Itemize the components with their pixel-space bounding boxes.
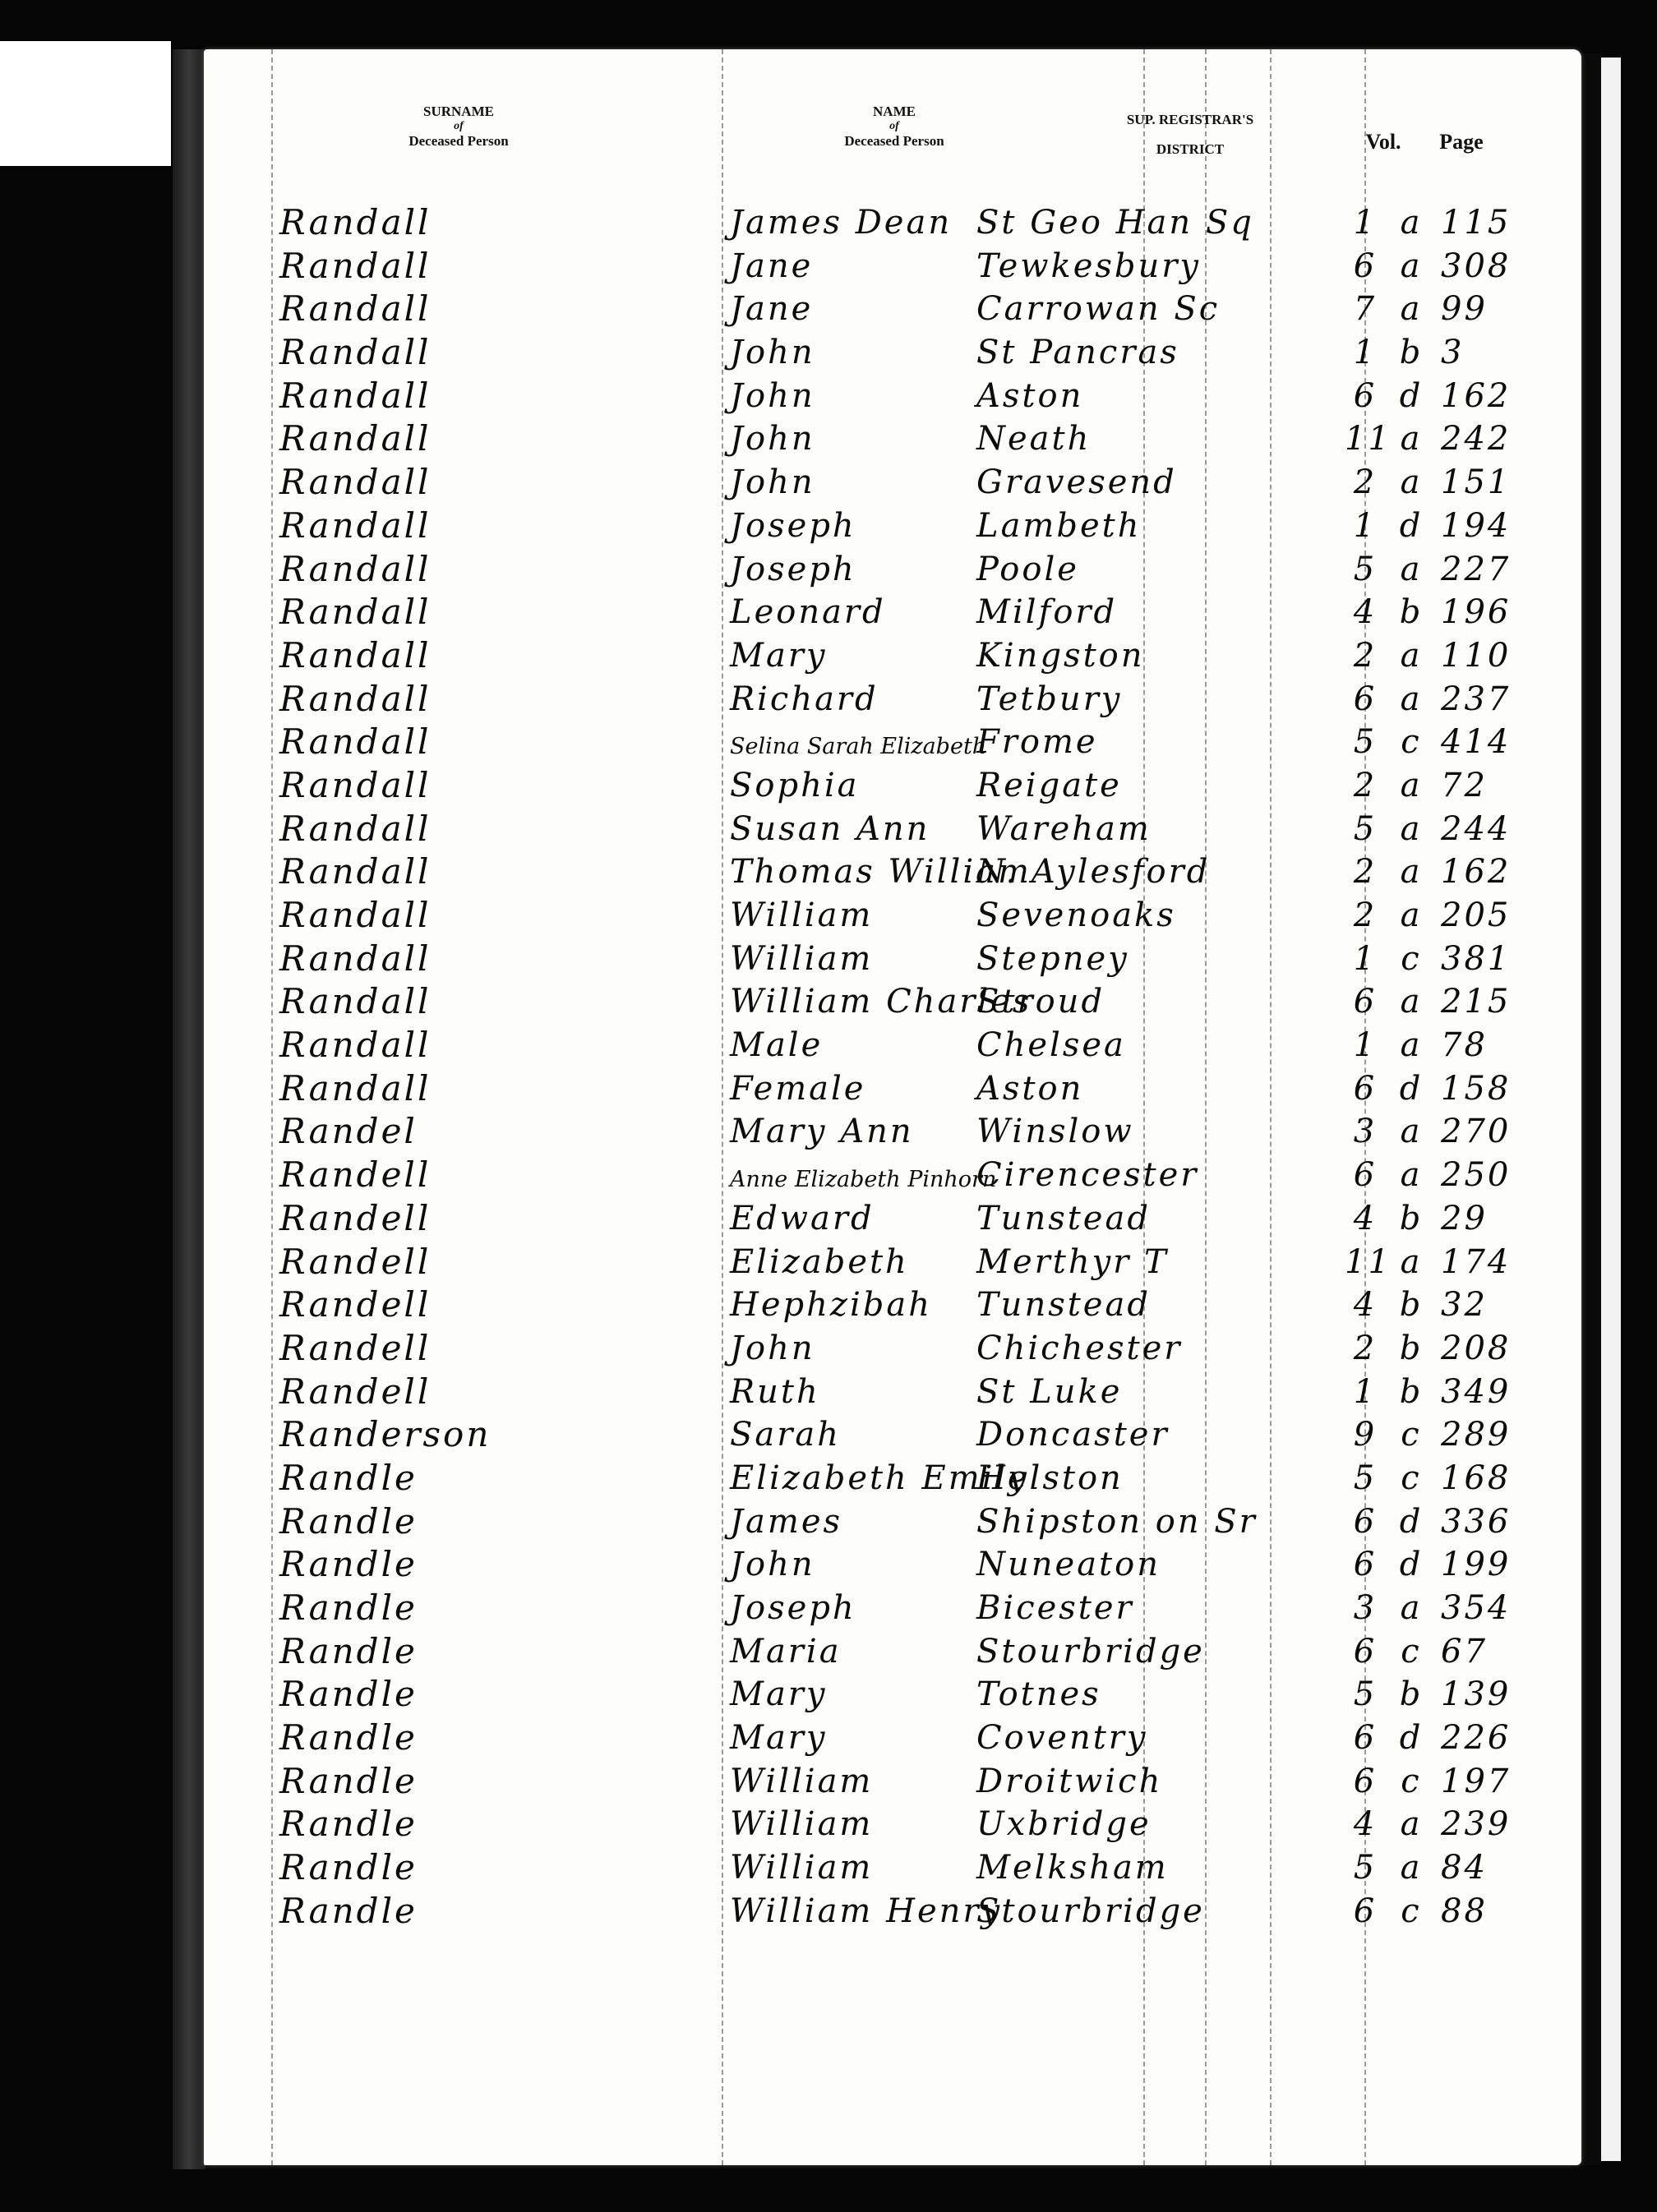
volume-cell: 11	[1345, 417, 1386, 460]
page-cell: 84	[1441, 1846, 1539, 1889]
volume-sub-cell: a	[1391, 1024, 1432, 1067]
district-cell: Neath	[976, 417, 1363, 460]
district-cell: Uxbridge	[976, 1803, 1363, 1846]
volume-sub-cell: b	[1391, 331, 1432, 374]
page-cell: 196	[1441, 591, 1539, 634]
volume-cell: 6	[1345, 1154, 1386, 1196]
district-cell: Frome	[976, 721, 1363, 763]
surname-cell: Randle	[279, 1717, 690, 1759]
page-edge-shadow	[1581, 53, 1601, 2165]
surname-cell: Randall	[279, 548, 690, 591]
district-cell: Stroud	[976, 980, 1363, 1023]
volume-sub-cell: b	[1391, 1673, 1432, 1716]
surname-cell: Randall	[279, 1067, 690, 1110]
page-cell: 205	[1441, 894, 1539, 937]
header-district-line1: SUP. REGISTRAR'S	[1042, 112, 1338, 128]
volume-sub-cell: b	[1391, 1197, 1432, 1240]
volume-cell: 6	[1345, 1630, 1386, 1673]
register-row: Randall Thomas William N. Aylesford 2 a …	[204, 850, 1581, 894]
register-row: Randell Edward Tunstead 4 b 29	[204, 1197, 1581, 1241]
page-cell: 197	[1441, 1760, 1539, 1803]
volume-cell: 1	[1345, 938, 1386, 980]
volume-sub-cell: a	[1391, 894, 1432, 937]
volume-cell: 6	[1345, 678, 1386, 721]
page-cell: 242	[1441, 417, 1539, 460]
volume-cell: 1	[1345, 201, 1386, 244]
register-row: Randle Mary Coventry 6 d 226	[204, 1717, 1581, 1760]
page-cell: 162	[1441, 850, 1539, 893]
page-cell: 151	[1441, 461, 1539, 504]
surname-cell: Randle	[279, 1500, 690, 1543]
header-vol: Vol.	[1346, 130, 1420, 154]
district-cell: Sevenoaks	[976, 894, 1363, 937]
volume-sub-cell: d	[1391, 1543, 1432, 1586]
surname-cell: Randall	[279, 678, 690, 721]
district-cell: Coventry	[976, 1717, 1363, 1759]
volume-cell: 6	[1345, 1543, 1386, 1586]
register-row: Randall John St Pancras 1 b 3	[204, 331, 1581, 375]
district-cell: N. Aylesford	[976, 850, 1363, 893]
register-row: Randle Maria Stourbridge 6 c 67	[204, 1630, 1581, 1674]
register-row: Randerson Sarah Doncaster 9 c 289	[204, 1413, 1581, 1457]
surname-cell: Randall	[279, 331, 690, 374]
page-cell: 414	[1441, 721, 1539, 763]
blank-label-card	[0, 41, 171, 166]
register-row: Randall William Charles Stroud 6 a 215	[204, 980, 1581, 1024]
volume-sub-cell: a	[1391, 548, 1432, 591]
surname-cell: Randle	[279, 1587, 690, 1629]
register-row: Randle William Droitwich 6 c 197	[204, 1760, 1581, 1804]
page-cell: 270	[1441, 1110, 1539, 1153]
register-row: Randell Elizabeth Merthyr T 11 a 174	[204, 1241, 1581, 1284]
volume-sub-cell: d	[1391, 505, 1432, 547]
volume-sub-cell: c	[1391, 721, 1432, 763]
register-row: Randall Joseph Poole 5 a 227	[204, 548, 1581, 592]
header-surname-line2: of	[335, 120, 582, 133]
surname-cell: Randall	[279, 201, 690, 244]
district-cell: Tunstead	[976, 1197, 1363, 1240]
register-entries: Randall James Dean St Geo Han Sq 1 a 115…	[204, 201, 1581, 1933]
register-row: Randall William Stepney 1 c 381	[204, 938, 1581, 981]
district-cell: Carrowan Sc	[976, 288, 1363, 330]
volume-sub-cell: b	[1391, 591, 1432, 634]
surname-cell: Randall	[279, 808, 690, 850]
page-cell: 162	[1441, 375, 1539, 417]
volume-sub-cell: a	[1391, 850, 1432, 893]
surname-cell: Randle	[279, 1760, 690, 1803]
page-cell: 336	[1441, 1500, 1539, 1543]
volume-cell: 2	[1345, 461, 1386, 504]
page-cell: 32	[1441, 1283, 1539, 1326]
volume-sub-cell: a	[1391, 1154, 1432, 1196]
volume-sub-cell: a	[1391, 201, 1432, 244]
page-cell: 194	[1441, 505, 1539, 547]
district-cell: Helston	[976, 1457, 1363, 1500]
district-cell: Winslow	[976, 1110, 1363, 1153]
volume-sub-cell: d	[1391, 375, 1432, 417]
surname-cell: Randall	[279, 375, 690, 417]
volume-cell: 2	[1345, 764, 1386, 807]
district-cell: Nuneaton	[976, 1543, 1363, 1586]
surname-cell: Randall	[279, 417, 690, 460]
volume-cell: 4	[1345, 1283, 1386, 1326]
volume-sub-cell: c	[1391, 1457, 1432, 1500]
page-cell: 239	[1441, 1803, 1539, 1846]
page-cell: 308	[1441, 245, 1539, 288]
header-name-line3: Deceased Person	[763, 133, 1026, 150]
volume-sub-cell: a	[1391, 1241, 1432, 1283]
page-cell: 237	[1441, 678, 1539, 721]
surname-cell: Randle	[279, 1803, 690, 1846]
register-row: Randall Susan Ann Wareham 5 a 244	[204, 808, 1581, 851]
register-row: Randall Sophia Reigate 2 a 72	[204, 764, 1581, 808]
volume-cell: 5	[1345, 721, 1386, 763]
volume-sub-cell: a	[1391, 678, 1432, 721]
register-row: Randall Joseph Lambeth 1 d 194	[204, 505, 1581, 548]
volume-cell: 5	[1345, 1673, 1386, 1716]
district-cell: Bicester	[976, 1587, 1363, 1629]
register-row: Randle Elizabeth Emily Helston 5 c 168	[204, 1457, 1581, 1500]
volume-cell: 6	[1345, 245, 1386, 288]
district-cell: Shipston on Sr	[976, 1500, 1363, 1543]
surname-cell: Randell	[279, 1327, 690, 1370]
surname-cell: Randall	[279, 245, 690, 288]
volume-sub-cell: b	[1391, 1327, 1432, 1370]
header-surname-line1: SURNAME	[335, 104, 582, 120]
volume-sub-cell: a	[1391, 1803, 1432, 1846]
district-cell: Totnes	[976, 1673, 1363, 1716]
register-row: Randle Joseph Bicester 3 a 354	[204, 1587, 1581, 1630]
page-cell: 88	[1441, 1890, 1539, 1933]
volume-cell: 6	[1345, 1717, 1386, 1759]
volume-sub-cell: a	[1391, 980, 1432, 1023]
page-cell: 349	[1441, 1371, 1539, 1413]
surname-cell: Randell	[279, 1241, 690, 1283]
district-cell: Stourbridge	[976, 1890, 1363, 1933]
district-cell: Reigate	[976, 764, 1363, 807]
district-cell: Stepney	[976, 938, 1363, 980]
surname-cell: Randall	[279, 461, 690, 504]
register-row: Randle Mary Totnes 5 b 139	[204, 1673, 1581, 1717]
volume-sub-cell: a	[1391, 288, 1432, 330]
volume-cell: 3	[1345, 1110, 1386, 1153]
volume-cell: 3	[1345, 1587, 1386, 1629]
surname-cell: Randall	[279, 721, 690, 763]
volume-cell: 2	[1345, 1327, 1386, 1370]
volume-cell: 2	[1345, 894, 1386, 937]
register-row: Randell Anne Elizabeth Pinhorn Cirencest…	[204, 1154, 1581, 1197]
volume-sub-cell: b	[1391, 1371, 1432, 1413]
surname-cell: Randall	[279, 634, 690, 677]
district-cell: Poole	[976, 548, 1363, 591]
register-row: Randall Male Chelsea 1 a 78	[204, 1024, 1581, 1067]
surname-cell: Randall	[279, 938, 690, 980]
book-spine	[173, 49, 205, 2169]
district-cell: Merthyr T	[976, 1241, 1363, 1283]
district-cell: Doncaster	[976, 1413, 1363, 1456]
volume-cell: 2	[1345, 634, 1386, 677]
district-cell: Cirencester	[976, 1154, 1363, 1196]
page-cell: 139	[1441, 1673, 1539, 1716]
volume-cell: 11	[1345, 1241, 1386, 1283]
volume-cell: 5	[1345, 1846, 1386, 1889]
district-cell: Chichester	[976, 1327, 1363, 1370]
header-district-line2: DISTRICT	[1042, 141, 1338, 158]
header-surname: SURNAME of Deceased Person	[335, 104, 582, 149]
page-cell: 354	[1441, 1587, 1539, 1629]
volume-cell: 6	[1345, 375, 1386, 417]
page-cell: 208	[1441, 1327, 1539, 1370]
volume-cell: 4	[1345, 591, 1386, 634]
district-cell: Melksham	[976, 1846, 1363, 1889]
district-cell: Chelsea	[976, 1024, 1363, 1067]
district-cell: Tunstead	[976, 1283, 1363, 1326]
district-cell: Tewkesbury	[976, 245, 1363, 288]
register-row: Randell John Chichester 2 b 208	[204, 1327, 1581, 1371]
volume-sub-cell: c	[1391, 1413, 1432, 1456]
register-row: Randall Selina Sarah Elizabeth Frome 5 c…	[204, 721, 1581, 764]
surname-cell: Randle	[279, 1457, 690, 1500]
surname-cell: Randall	[279, 288, 690, 330]
volume-cell: 1	[1345, 1371, 1386, 1413]
surname-cell: Randle	[279, 1543, 690, 1586]
register-row: Randle William Melksham 5 a 84	[204, 1846, 1581, 1890]
district-cell: Milford	[976, 591, 1363, 634]
surname-cell: Randell	[279, 1197, 690, 1240]
header-name-line1: NAME	[763, 104, 1026, 120]
district-cell: Wareham	[976, 808, 1363, 850]
surname-cell: Randell	[279, 1283, 690, 1326]
volume-cell: 6	[1345, 1760, 1386, 1803]
register-row: Randle John Nuneaton 6 d 199	[204, 1543, 1581, 1587]
surname-cell: Randle	[279, 1890, 690, 1933]
volume-cell: 1	[1345, 1024, 1386, 1067]
surname-cell: Randall	[279, 980, 690, 1023]
page-cell: 78	[1441, 1024, 1539, 1067]
volume-sub-cell: c	[1391, 1760, 1432, 1803]
volume-cell: 6	[1345, 1500, 1386, 1543]
volume-cell: 9	[1345, 1413, 1386, 1456]
surname-cell: Randle	[279, 1630, 690, 1673]
page-cell: 244	[1441, 808, 1539, 850]
page-cell: 158	[1441, 1067, 1539, 1110]
district-cell: Aston	[976, 375, 1363, 417]
surname-cell: Randell	[279, 1154, 690, 1196]
page-cell: 215	[1441, 980, 1539, 1023]
page-cell: 250	[1441, 1154, 1539, 1196]
header-surname-line3: Deceased Person	[335, 133, 582, 150]
volume-cell: 6	[1345, 1890, 1386, 1933]
volume-cell: 2	[1345, 850, 1386, 893]
volume-sub-cell: a	[1391, 808, 1432, 850]
page-cell: 168	[1441, 1457, 1539, 1500]
district-cell: Aston	[976, 1067, 1363, 1110]
header-name-line2: of	[763, 120, 1026, 133]
page-cell: 115	[1441, 201, 1539, 244]
register-row: Randall Jane Carrowan Sc 7 a 99	[204, 288, 1581, 331]
volume-sub-cell: c	[1391, 938, 1432, 980]
register-row: Randall Richard Tetbury 6 a 237	[204, 678, 1581, 721]
register-row: Randall John Gravesend 2 a 151	[204, 461, 1581, 505]
volume-sub-cell: d	[1391, 1717, 1432, 1759]
register-row: Randell Hephzibah Tunstead 4 b 32	[204, 1283, 1581, 1327]
header-district: SUP. REGISTRAR'S DISTRICT	[1042, 112, 1338, 157]
volume-sub-cell: a	[1391, 634, 1432, 677]
volume-sub-cell: b	[1391, 1283, 1432, 1326]
surname-cell: Randel	[279, 1110, 690, 1153]
column-headers: SURNAME of Deceased Person NAME of Decea…	[204, 79, 1581, 177]
register-row: Randle William Henry Stourbridge 6 c 88	[204, 1890, 1581, 1933]
volume-sub-cell: a	[1391, 245, 1432, 288]
surname-cell: Randall	[279, 505, 690, 547]
surname-cell: Randall	[279, 894, 690, 937]
volume-cell: 4	[1345, 1803, 1386, 1846]
header-page: Page	[1420, 130, 1502, 154]
district-cell: Lambeth	[976, 505, 1363, 547]
page-cell: 174	[1441, 1241, 1539, 1283]
page-cell: 289	[1441, 1413, 1539, 1456]
page-cell: 227	[1441, 548, 1539, 591]
page-cell: 110	[1441, 634, 1539, 677]
page-cell: 226	[1441, 1717, 1539, 1759]
page-edge	[1601, 58, 1621, 2161]
register-row: Randel Mary Ann Winslow 3 a 270	[204, 1110, 1581, 1154]
page-cell: 3	[1441, 331, 1539, 374]
volume-cell: 1	[1345, 505, 1386, 547]
volume-sub-cell: d	[1391, 1500, 1432, 1543]
surname-cell: Randle	[279, 1846, 690, 1889]
surname-cell: Randall	[279, 591, 690, 634]
register-row: Randell Ruth St Luke 1 b 349	[204, 1371, 1581, 1414]
volume-sub-cell: a	[1391, 1846, 1432, 1889]
surname-cell: Randall	[279, 850, 690, 893]
volume-sub-cell: d	[1391, 1067, 1432, 1110]
page-cell: 199	[1441, 1543, 1539, 1586]
page-cell: 67	[1441, 1630, 1539, 1673]
surname-cell: Randell	[279, 1371, 690, 1413]
volume-cell: 5	[1345, 548, 1386, 591]
page-cell: 99	[1441, 288, 1539, 330]
district-cell: St Geo Han Sq	[976, 201, 1363, 244]
page-cell: 381	[1441, 938, 1539, 980]
register-row: Randall Mary Kingston 2 a 110	[204, 634, 1581, 678]
surname-cell: Randall	[279, 1024, 690, 1067]
register-row: Randall Jane Tewkesbury 6 a 308	[204, 245, 1581, 288]
register-row: Randall William Sevenoaks 2 a 205	[204, 894, 1581, 938]
volume-sub-cell: c	[1391, 1890, 1432, 1933]
volume-cell: 1	[1345, 331, 1386, 374]
volume-cell: 5	[1345, 1457, 1386, 1500]
volume-cell: 4	[1345, 1197, 1386, 1240]
register-row: Randall John Neath 11 a 242	[204, 417, 1581, 461]
surname-cell: Randerson	[279, 1413, 690, 1456]
surname-cell: Randall	[279, 764, 690, 807]
district-cell: Gravesend	[976, 461, 1363, 504]
volume-sub-cell: a	[1391, 1110, 1432, 1153]
volume-cell: 6	[1345, 1067, 1386, 1110]
register-row: Randall John Aston 6 d 162	[204, 375, 1581, 418]
district-cell: St Luke	[976, 1371, 1363, 1413]
district-cell: Kingston	[976, 634, 1363, 677]
volume-sub-cell: a	[1391, 764, 1432, 807]
volume-sub-cell: a	[1391, 417, 1432, 460]
volume-cell: 7	[1345, 288, 1386, 330]
volume-cell: 5	[1345, 808, 1386, 850]
volume-cell: 6	[1345, 980, 1386, 1023]
surname-cell: Randle	[279, 1673, 690, 1716]
register-row: Randle James Shipston on Sr 6 d 336	[204, 1500, 1581, 1544]
page-cell: 72	[1441, 764, 1539, 807]
register-row: Randle William Uxbridge 4 a 239	[204, 1803, 1581, 1846]
volume-sub-cell: a	[1391, 461, 1432, 504]
header-name: NAME of Deceased Person	[763, 104, 1026, 149]
register-page: SURNAME of Deceased Person NAME of Decea…	[204, 49, 1581, 2165]
district-cell: Droitwich	[976, 1760, 1363, 1803]
district-cell: Tetbury	[976, 678, 1363, 721]
page-cell: 29	[1441, 1197, 1539, 1240]
register-row: Randall James Dean St Geo Han Sq 1 a 115	[204, 201, 1581, 245]
district-cell: Stourbridge	[976, 1630, 1363, 1673]
register-row: Randall Female Aston 6 d 158	[204, 1067, 1581, 1111]
volume-sub-cell: a	[1391, 1587, 1432, 1629]
register-row: Randall Leonard Milford 4 b 196	[204, 591, 1581, 634]
volume-sub-cell: c	[1391, 1630, 1432, 1673]
district-cell: St Pancras	[976, 331, 1363, 374]
